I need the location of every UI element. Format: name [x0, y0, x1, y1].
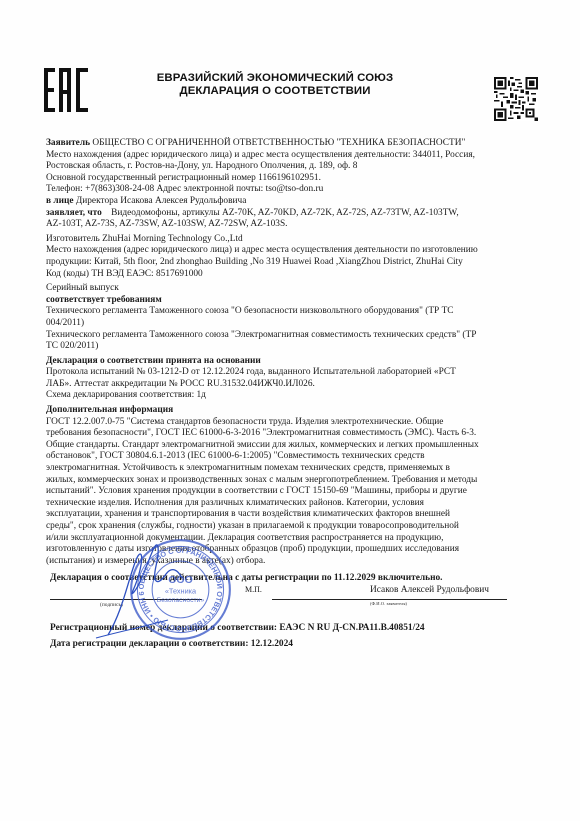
title-union: ЕВРАЗИЙСКИЙ ЭКОНОМИЧЕСКИЙ СОЮЗ	[140, 72, 410, 85]
declaration-body: Заявитель ОБЩЕСТВО С ОГРАНИЧЕННОЙ ОТВЕТС…	[46, 138, 546, 567]
additional-line: технические изделия. Исполнения для разл…	[46, 498, 546, 510]
additional-line: (испытания) и измерения, указанные в акт…	[46, 556, 546, 568]
basis-line-1: Протокола испытаний № 03-1212-D от 12.12…	[46, 367, 546, 379]
signer-caption: (Ф.И.О. заявителя)	[370, 601, 407, 606]
applicant-row: Заявитель ОБЩЕСТВО С ОГРАНИЧЕННОЙ ОТВЕТС…	[46, 138, 546, 150]
product-line-2: AZ-103T, AZ-73S, AZ-73SW, AZ-103SW, AZ-7…	[46, 219, 546, 231]
validity-statement: Декларация о соответствии действительна …	[50, 573, 443, 583]
basis-label: Декларация о соответствии принята на осн…	[46, 356, 546, 368]
signer-name-line	[272, 599, 507, 600]
signature-line	[50, 599, 202, 600]
registration-date: Дата регистрации декларации о соответств…	[50, 639, 293, 649]
requirement-1-line-2: 004/2011)	[46, 318, 546, 330]
document-title: ЕВРАЗИЙСКИЙ ЭКОНОМИЧЕСКИЙ СОЮЗ ДЕКЛАРАЦИ…	[140, 72, 410, 98]
applicant-contacts: Телефон: +7(863)308-24-08 Адрес электрон…	[46, 184, 546, 196]
requirement-2-line-1: Технического регламента Таможенного союз…	[46, 330, 546, 342]
additional-line: среды", срок хранения (службы, годности)…	[46, 521, 546, 533]
applicant-name: ОБЩЕСТВО С ОГРАНИЧЕННОЙ ОТВЕТСТВЕННОСТЬЮ…	[90, 138, 465, 148]
declaration-scheme: Схема декларирования соответствия: 1д	[46, 390, 546, 402]
additional-line: обстановок", ГОСТ 30804.6.1-2013 (IEC 61…	[46, 451, 546, 463]
represented-row: в лице Директора Исакова Алексея Рудольф…	[46, 196, 546, 208]
registration-number: Регистрационный номер декларации о соотв…	[50, 623, 425, 633]
applicant-address-1: Место нахождения (адрес юридического лиц…	[46, 150, 546, 162]
additional-line: ГОСТ 12.2.007.0-75 "Система стандартов б…	[46, 417, 546, 429]
additional-line: жилых, коммерческих зонах и производстве…	[46, 475, 546, 487]
serial-release: Серийный выпуск	[46, 283, 546, 295]
declares-label: заявляет, что	[46, 208, 102, 218]
applicant-ogrn: Основной государственный регистрационный…	[46, 173, 546, 185]
svg-text:«Техника: «Техника	[165, 587, 197, 596]
additional-info-label: Дополнительная информация	[46, 405, 546, 417]
qr-code-icon	[494, 76, 538, 122]
requirement-1-line-1: Технического регламента Таможенного союз…	[46, 306, 546, 318]
signature-caption: (подпись)	[100, 602, 123, 608]
applicant-address-2: Ростовская область, г. Ростов-на-Дону, у…	[46, 161, 546, 173]
manufacturer-address-1: Место нахождения (адрес юридического лиц…	[46, 245, 546, 257]
additional-line: изготовленную с даты изготовления отобра…	[46, 544, 546, 556]
basis-line-2: ЛАБ». Аттестат аккредитации № РОСС RU.31…	[46, 379, 546, 391]
hs-code: Код (коды) ТН ВЭД ЕАЭС: 8517691000	[46, 269, 546, 281]
applicant-label: Заявитель	[46, 138, 90, 148]
additional-line: и/или эксплуатационной документации. Дек…	[46, 533, 546, 545]
represented-by: Директора Исакова Алексея Рудольфовича	[74, 196, 247, 206]
additional-line: требования безопасности", ГОСТ IEC 61000…	[46, 428, 546, 440]
product-line-1: Видеодомофоны, артикулы AZ-70K, AZ-70KD,…	[102, 208, 459, 218]
requirements-label: соответствует требованиям	[46, 295, 546, 307]
manufacturer-name: Изготовитель ZhuHai Morning Technology C…	[46, 234, 546, 246]
eac-logo-icon	[44, 68, 90, 112]
represented-label: в лице	[46, 196, 74, 206]
declares-row: заявляет, что Видеодомофоны, артикулы AZ…	[46, 208, 546, 220]
requirement-2-line-2: ТС 020/2011)	[46, 341, 546, 353]
seal-place-label: М.П.	[245, 585, 262, 594]
title-declaration: ДЕКЛАРАЦИЯ О СООТВЕТСТВИИ	[140, 85, 410, 98]
declaration-page: ЕВРАЗИЙСКИЙ ЭКОНОМИЧЕСКИЙ СОЮЗ ДЕКЛАРАЦИ…	[0, 0, 580, 821]
additional-line: эксплуатации, хранения и транспортирован…	[46, 509, 546, 521]
manufacturer-address-2: продукции: Китай, 5th floor, 2nd zhongha…	[46, 257, 546, 269]
additional-line: электромагнитная. Устойчивость к электро…	[46, 463, 546, 475]
additional-line: Общие стандарты. Стандарт электромагнитн…	[46, 440, 546, 452]
additional-line: испытаний". Условия хранения продукции в…	[46, 486, 546, 498]
signer-name: Исаков Алексей Рудольфович	[370, 585, 489, 595]
